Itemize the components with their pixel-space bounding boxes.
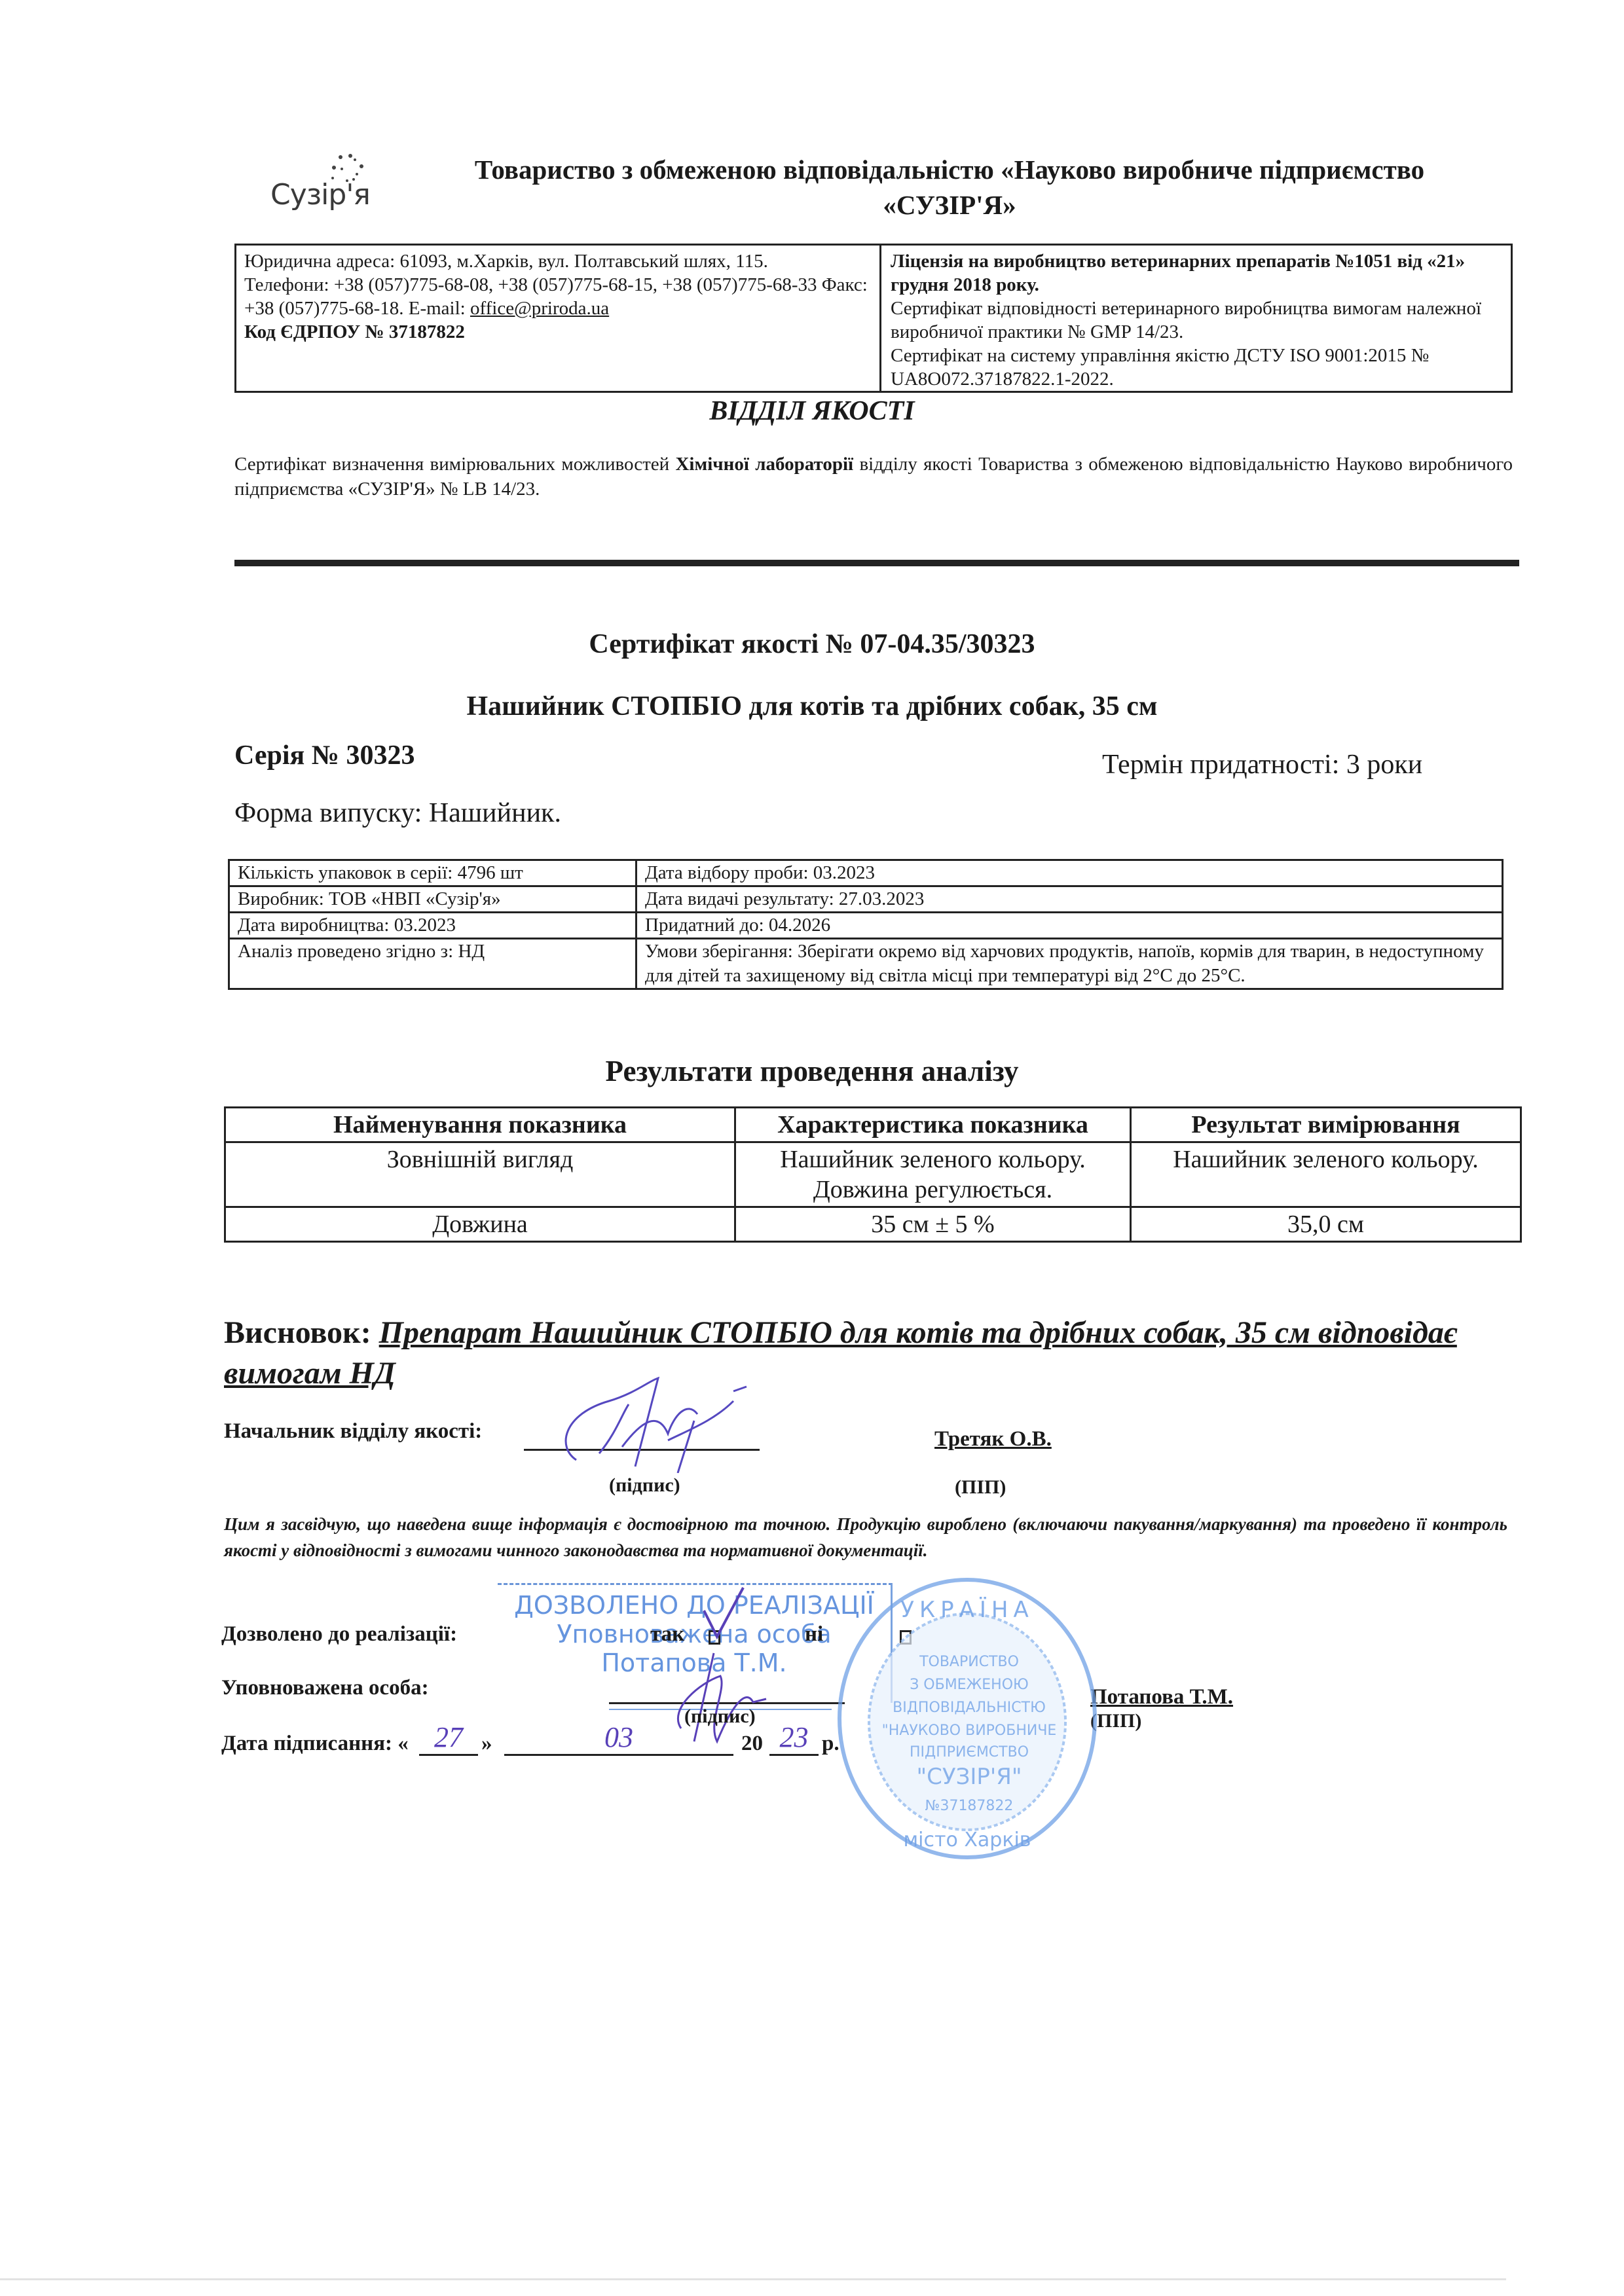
- table-cell: Довжина: [225, 1207, 735, 1242]
- table-cell: Дата видачі результату: 27.03.2023: [637, 886, 1503, 913]
- table-cell: Зовнішній вигляд: [225, 1142, 735, 1207]
- signature-icon: [537, 1375, 760, 1473]
- edrpou-code: Код ЄДРПОУ № 37187822: [244, 320, 872, 344]
- logo-text: Сузір'я: [270, 178, 370, 211]
- company-title: Товариство з обмеженою відповідальністю …: [393, 152, 1506, 223]
- shelf-life: Термін придатності: 3 роки: [1102, 749, 1422, 780]
- certificate-number: Сертифікат якості № 07-04.35/30323: [0, 629, 1624, 660]
- lab-cert-part1: Сертифікат визначення вимірювальних можл…: [234, 454, 675, 475]
- table-row: Дата виробництва: 03.2023 Придатний до: …: [229, 913, 1503, 939]
- close-quote: »: [481, 1732, 492, 1756]
- seal-line: З ОБМЕЖЕНОЮ: [910, 1677, 1029, 1693]
- gmp-certificate: Сертифікат відповідності ветеринарного в…: [891, 297, 1502, 344]
- column-header: Найменування показника: [225, 1108, 735, 1142]
- release-label: Дозволено до реалізації:: [221, 1622, 457, 1647]
- table-cell: Кількість упаковок в серії: 4796 шт: [229, 860, 637, 886]
- page-edge: [0, 2278, 1506, 2280]
- table-cell: Дата відбору проби: 03.2023: [637, 860, 1503, 886]
- company-title-line2: «СУЗІР'Я»: [393, 187, 1506, 223]
- name-caption: (ПІП): [955, 1476, 1006, 1499]
- table-header-row: Найменування показника Характеристика по…: [225, 1108, 1521, 1142]
- head-qa-name: Третяк О.В.: [934, 1427, 1052, 1451]
- table-cell: Нашийник зеленого кольору. Довжина регул…: [735, 1142, 1131, 1207]
- table-row: Зовнішній вигляд Нашийник зеленого кольо…: [225, 1142, 1521, 1207]
- batch-info-table: Кількість упаковок в серії: 4796 шт Дата…: [228, 859, 1504, 990]
- table-cell: Дата виробництва: 03.2023: [229, 913, 637, 939]
- table-cell: Придатний до: 04.2026: [637, 913, 1503, 939]
- table-cell: Нашийник зеленого кольору.: [1131, 1142, 1521, 1207]
- product-name: Нашийник СТОПБІО для котів та дрібних со…: [0, 691, 1624, 722]
- company-seal-icon: УКРАЇНА місто Харків ТОВАРИСТВО З ОБМЕЖЕ…: [835, 1575, 1100, 1863]
- signing-day[interactable]: 27: [419, 1721, 478, 1756]
- table-cell: 35 см ± 5 %: [735, 1207, 1131, 1242]
- release-form: Форма випуску: Нашийник.: [234, 797, 561, 829]
- release-yes-label: так: [650, 1622, 684, 1647]
- email-link[interactable]: office@priroda.ua: [470, 298, 609, 319]
- signing-year[interactable]: 23: [769, 1721, 819, 1756]
- column-header: Характеристика показника: [735, 1108, 1131, 1142]
- head-qa-label: Начальник відділу якості:: [224, 1419, 482, 1444]
- company-contacts: Юридична адреса: 61093, м.Харків, вул. П…: [236, 246, 881, 391]
- phones: Телефони: +38 (057)775-68-08, +38 (057)7…: [244, 273, 872, 320]
- seal-line: ВІДПОВІДАЛЬНІСТЮ: [893, 1700, 1046, 1716]
- release-no-label: ні: [805, 1622, 823, 1647]
- lab-cert-bold: Хімічної лабораторії: [675, 454, 853, 475]
- conclusion-text: Препарат Нашийник СТОПБІО для котів та д…: [224, 1315, 1457, 1391]
- checkmark-icon: [701, 1584, 747, 1643]
- seal-country: УКРАЇНА: [900, 1597, 1033, 1623]
- table-cell: Аналіз проведено згідно з: НД: [229, 939, 637, 989]
- attestation-text: Цим я засвідчую, що наведена вище інформ…: [224, 1511, 1507, 1563]
- seal-line: "НАУКОВО ВИРОБНИЧЕ: [882, 1722, 1057, 1739]
- table-row: Кількість упаковок в серії: 4796 шт Дата…: [229, 860, 1503, 886]
- department-title: ВІДДІЛ ЯКОСТІ: [0, 395, 1624, 427]
- results-table: Найменування показника Характеристика по…: [224, 1106, 1522, 1243]
- conclusion: Висновок: Препарат Нашийник СТОПБІО для …: [224, 1313, 1507, 1394]
- column-header: Результат вимірювання: [1131, 1108, 1521, 1142]
- company-info-box: Юридична адреса: 61093, м.Харків, вул. П…: [234, 244, 1513, 393]
- table-row: Аналіз проведено згідно з: НД Умови збер…: [229, 939, 1503, 989]
- lab-certificate: Сертифікат визначення вимірювальних можл…: [234, 452, 1513, 501]
- conclusion-label: Висновок:: [224, 1315, 379, 1350]
- company-licenses: Ліцензія на виробництво ветеринарних пре…: [881, 246, 1511, 391]
- authorized-person-label: Уповноважена особа:: [221, 1676, 429, 1700]
- company-logo: Сузір'я: [259, 152, 377, 217]
- seal-line: №37187822: [925, 1798, 1014, 1814]
- signature-caption: (підпис): [609, 1474, 680, 1497]
- seal-line: ПІДПРИЄМСТВО: [910, 1744, 1029, 1760]
- seal-city: місто Харків: [904, 1829, 1031, 1851]
- signing-month[interactable]: 03: [504, 1721, 733, 1756]
- table-cell: Умови зберігання: Зберігати окремо від х…: [637, 939, 1503, 989]
- license: Ліцензія на виробництво ветеринарних пре…: [891, 249, 1502, 297]
- table-row: Довжина 35 см ± 5 % 35,0 см: [225, 1207, 1521, 1242]
- series-number: Серія № 30323: [234, 740, 415, 771]
- year-prefix: 20: [741, 1732, 763, 1756]
- iso-certificate: Сертифікат на систему управління якістю …: [891, 344, 1502, 391]
- divider: [234, 560, 1519, 566]
- table-cell: 35,0 см: [1131, 1207, 1521, 1242]
- seal-line: "СУЗІР'Я": [916, 1764, 1022, 1790]
- legal-address: Юридична адреса: 61093, м.Харків, вул. П…: [244, 249, 872, 273]
- table-row: Виробник: ТОВ «НВП «Сузір'я» Дата видачі…: [229, 886, 1503, 913]
- table-cell: Виробник: ТОВ «НВП «Сузір'я»: [229, 886, 637, 913]
- seal-line: ТОВАРИСТВО: [919, 1654, 1019, 1670]
- signing-date-label: Дата підписання: «: [221, 1732, 409, 1756]
- authorized-person-name: Потапова Т.М.: [1090, 1685, 1233, 1709]
- company-title-line1: Товариство з обмеженою відповідальністю …: [393, 152, 1506, 187]
- results-title: Результати проведення аналізу: [0, 1054, 1624, 1088]
